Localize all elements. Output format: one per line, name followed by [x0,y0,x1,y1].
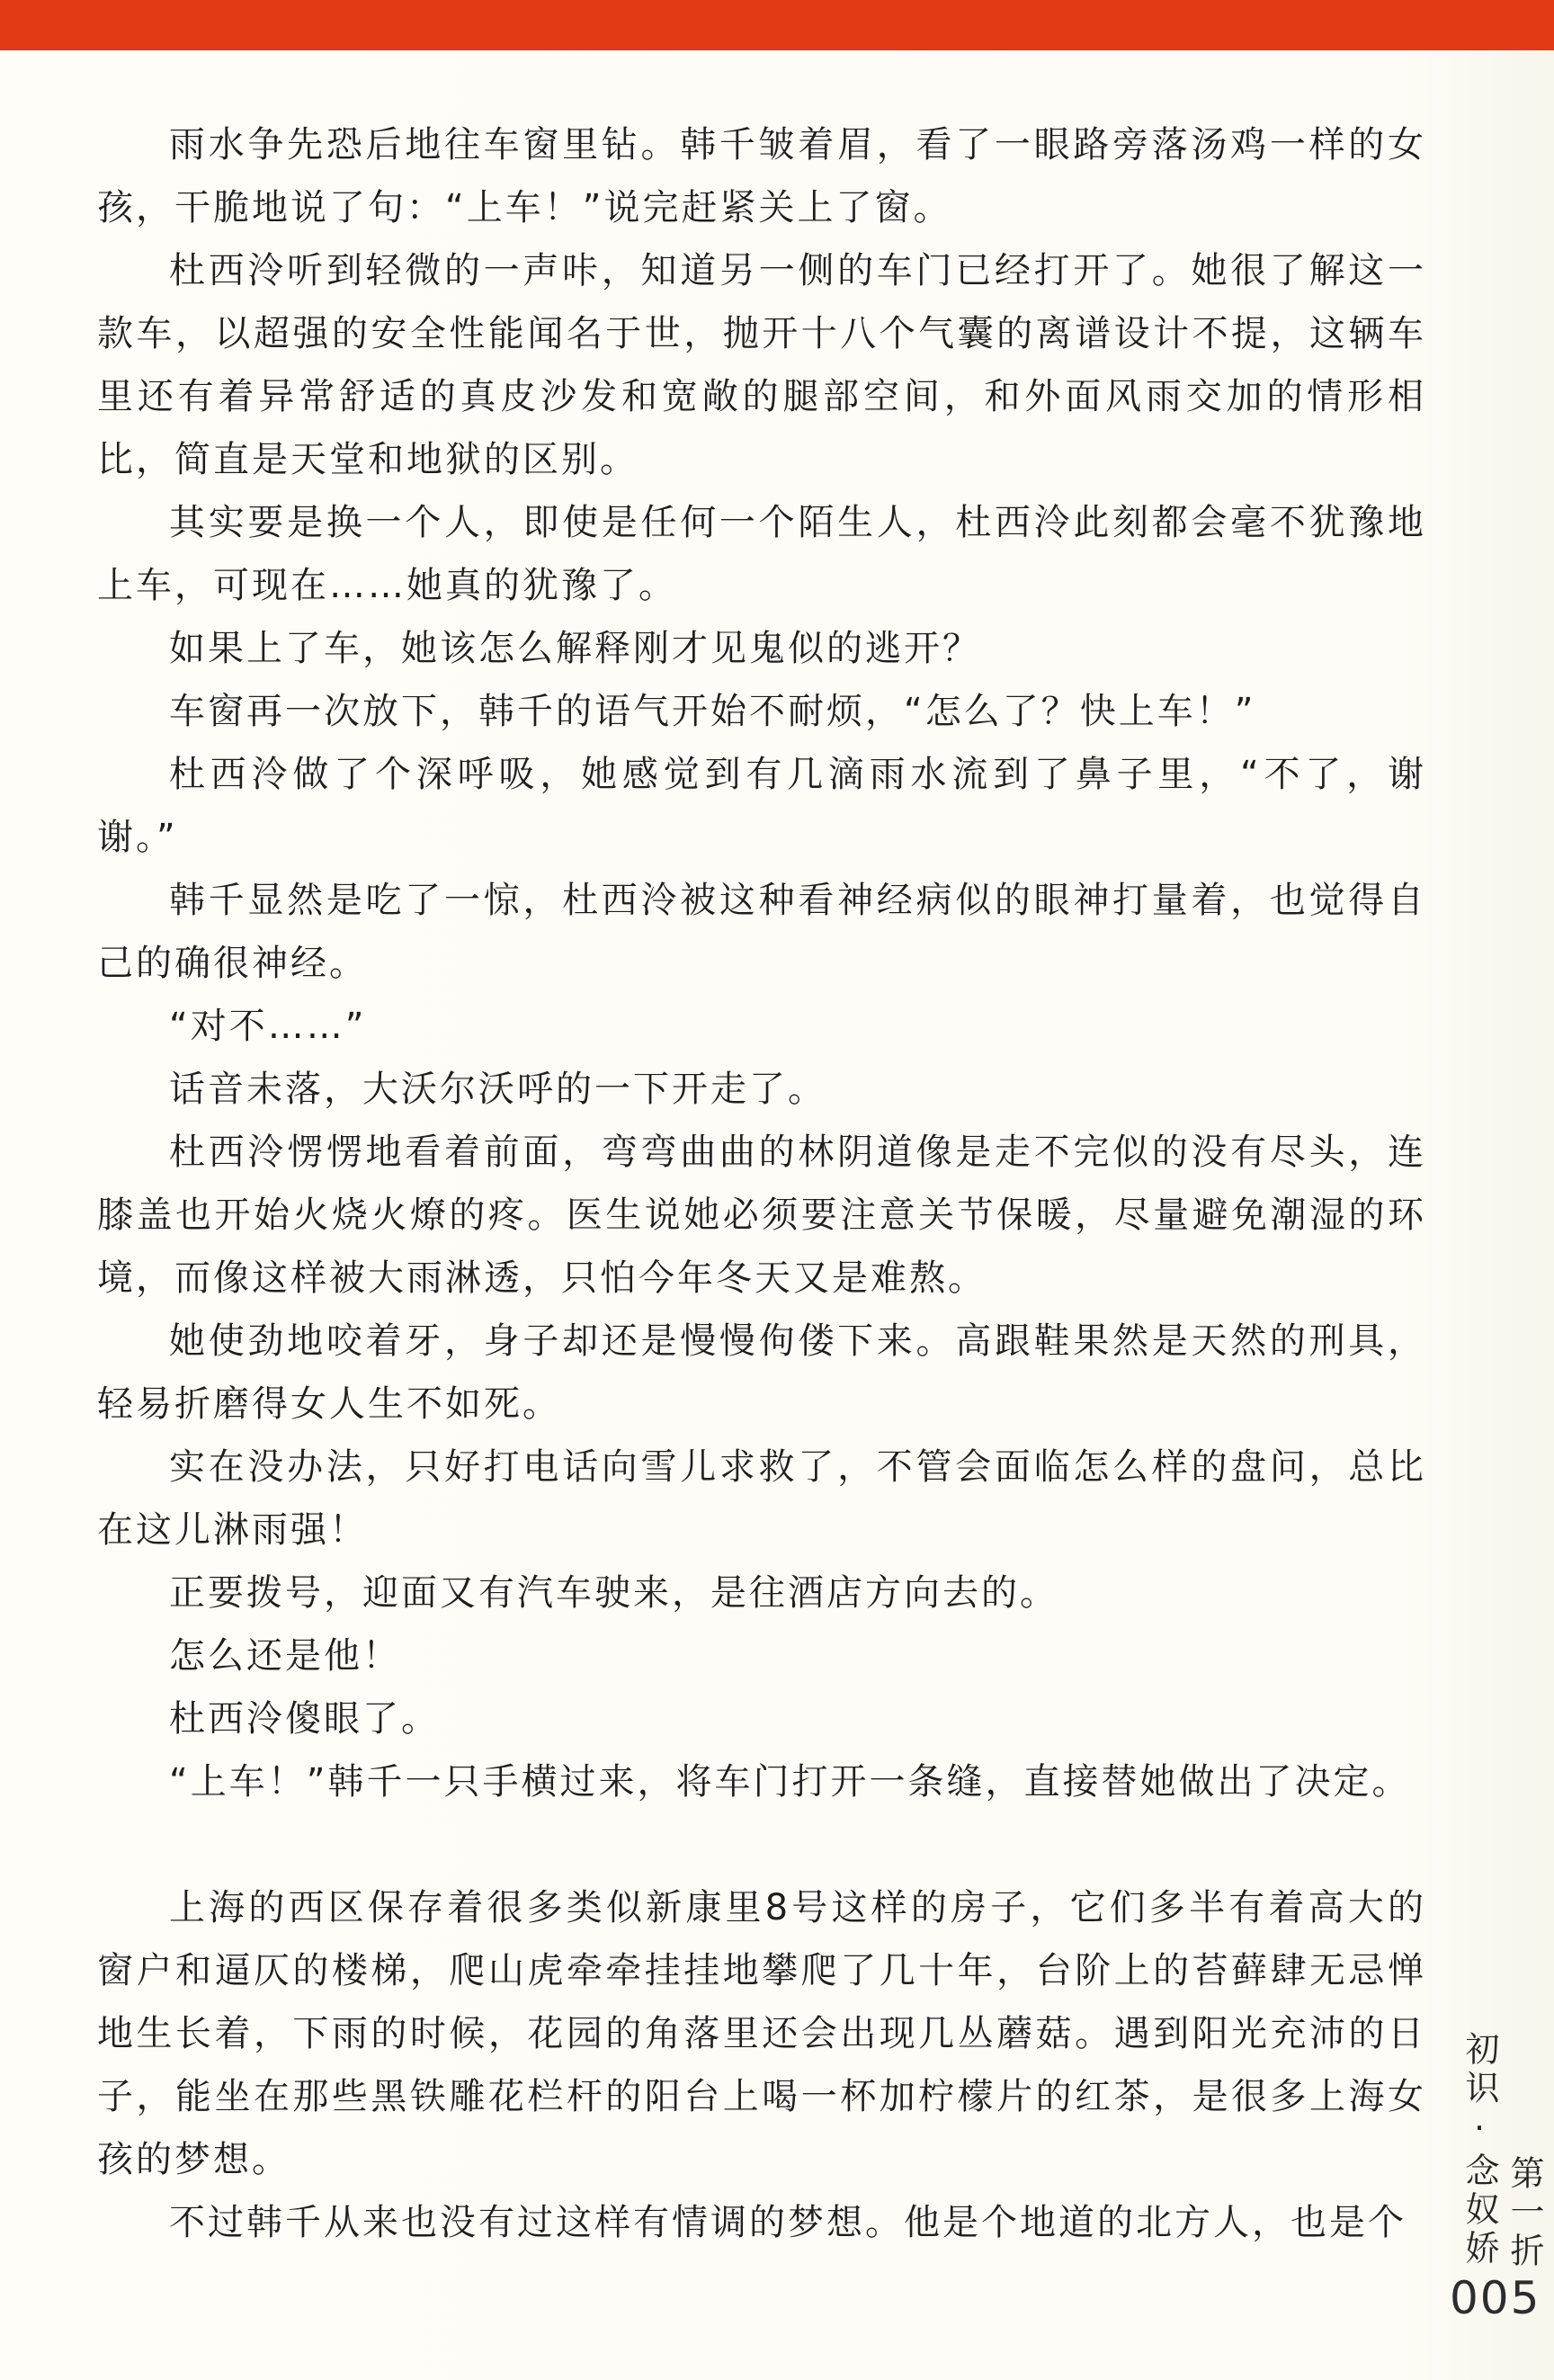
paragraph: 杜西泠听到轻微的一声咔，知道另一侧的车门已经打开了。她很了解这一款车，以超强的安… [97,239,1426,491]
paragraph: 不过韩千从来也没有过这样有情调的梦想。他是个地道的北方人，也是个 [97,2191,1426,2254]
paragraph: 杜西泠愣愣地看着前面，弯弯曲曲的林阴道像是走不完似的没有尽头，连膝盖也开始火烧火… [97,1121,1426,1310]
paragraph: 杜西泠做了个深呼吸，她感觉到有几滴雨水流到了鼻子里，“不了，谢谢。” [97,743,1426,869]
chapter-label-vertical: 第一折 [1500,2155,1550,2271]
paragraph: 雨水争先恐后地往车窗里钻。韩千皱着眉，看了一眼路旁落汤鸡一样的女孩，干脆地说了句… [97,113,1426,239]
paragraph: 怎么还是他！ [97,1624,1426,1687]
paragraph: 车窗再一次放下，韩千的语气开始不耐烦，“怎么了？快上车！” [97,680,1426,743]
body-text: 雨水争先恐后地往车窗里钻。韩千皱着眉，看了一眼路旁落汤鸡一样的女孩，干脆地说了句… [97,113,1426,2254]
paragraph: 她使劲地咬着牙，身子却还是慢慢佝偻下来。高跟鞋果然是天然的刑具，轻易折磨得女人生… [97,1310,1426,1436]
paragraph: 正要拨号，迎面又有汽车驶来，是往酒店方向去的。 [97,1561,1426,1624]
paragraph: 杜西泠傻眼了。 [97,1687,1426,1750]
book-page: 雨水争先恐后地往车窗里钻。韩千皱着眉，看了一眼路旁落汤鸡一样的女孩，干脆地说了句… [0,0,1554,2380]
paragraph: 话音未落，大沃尔沃呼的一下开走了。 [97,1058,1426,1121]
paragraph: 韩千显然是吃了一惊，杜西泠被这种看神经病似的眼神打量着，也觉得自己的确很神经。 [97,869,1426,995]
paragraph: 如果上了车，她该怎么解释刚才见鬼似的逃开？ [97,617,1426,680]
paragraph: 实在没办法，只好打电话向雪儿求救了，不管会面临怎么样的盘问，总比在这儿淋雨强！ [97,1436,1426,1561]
section-title-vertical: 初识·念奴娇 [1455,2031,1505,2268]
paragraph: 其实要是换一个人，即使是任何一个陌生人，杜西泠此刻都会毫不犹豫地上车，可现在……… [97,491,1426,617]
page-number: 005 [1450,2272,1541,2324]
paragraph: “上车！”韩千一只手横过来，将车门打开一条缝，直接替她做出了决定。 [97,1750,1426,1813]
paragraph: “对不……” [97,995,1426,1058]
paragraph: 上海的西区保存着很多类似新康里8号这样的房子，它们多半有着高大的窗户和逼仄的楼梯… [97,1876,1426,2191]
top-red-band [0,0,1554,50]
